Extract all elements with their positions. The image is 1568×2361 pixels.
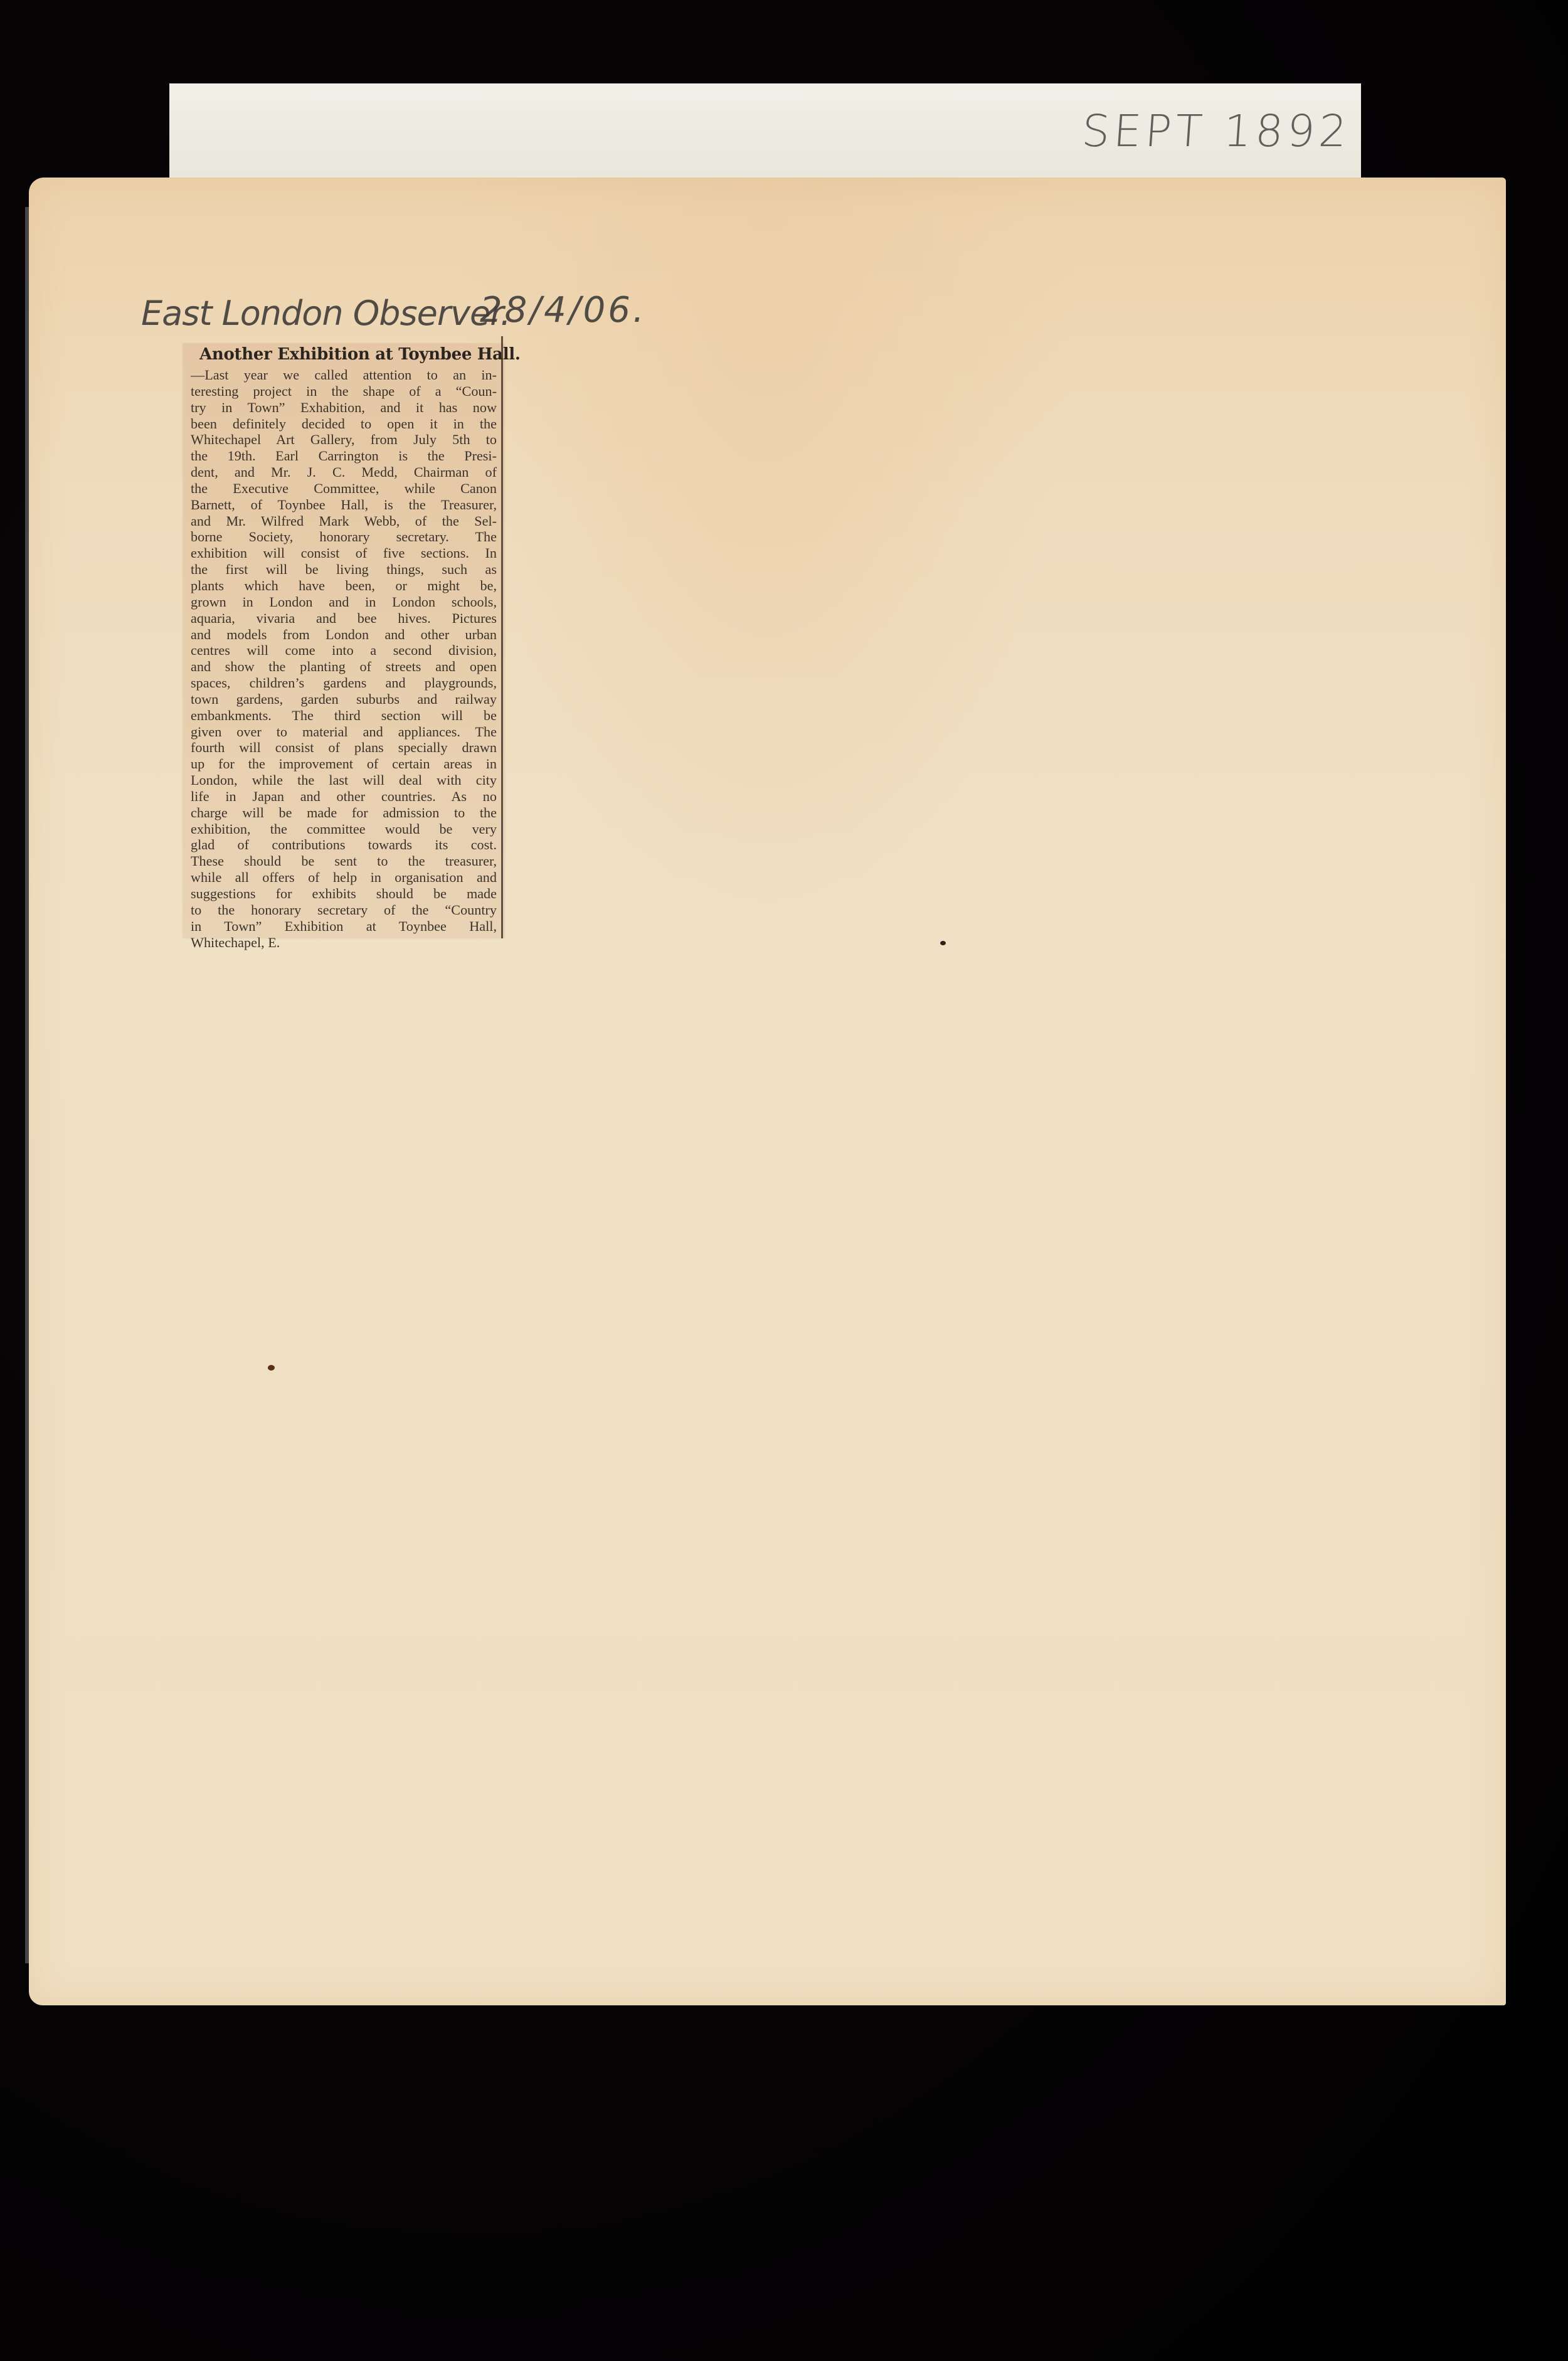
clipping-line: grown in London and in London schools, [184, 594, 499, 610]
clipping-line: These should be sent to the treasurer, [184, 853, 499, 869]
clipping-line: try in Town” Exhabition, and it has now [184, 400, 499, 416]
clipping-line: the first will be living things, such as [184, 561, 499, 578]
clipping-line: fourth will consist of plans specially d… [184, 740, 499, 756]
clipping-line: exhibition will consist of five sections… [184, 545, 499, 561]
clipping-line: charge will be made for admission to the [184, 805, 499, 821]
clipping-line: embankments. The third section will be [184, 708, 499, 724]
clipping-line: suggestions for exhibits should be made [184, 886, 499, 902]
clipping-line: while all offers of help in organisation… [184, 869, 499, 886]
column-rule [501, 336, 503, 938]
clipping-line: —Last year we called attention to an in- [184, 367, 499, 383]
clipping-line: in Town” Exhibition at Toynbee Hall, [184, 918, 499, 935]
clipping-line: centres will come into a second division… [184, 642, 499, 659]
clipping-line: Whitechapel, E. [184, 935, 499, 951]
clipping-line: dent, and Mr. J. C. Medd, Chairman of [184, 464, 499, 480]
clipping-line: glad of contributions towards its cost. [184, 837, 499, 853]
handwritten-source: East London Observer. [141, 294, 511, 333]
clipping-line: Whitechapel Art Gallery, from July 5th t… [184, 432, 499, 448]
clipping-line: and Mr. Wilfred Mark Webb, of the Sel- [184, 513, 499, 529]
clipping-line: been definitely decided to open it in th… [184, 416, 499, 432]
clipping-line: London, while the last will deal with ci… [184, 772, 499, 788]
handwritten-source-date: 28/4/06. [480, 290, 647, 331]
clipping-heading: Another Exhibition at Toynbee Hall. [199, 345, 501, 364]
clipping-line: teresting project in the shape of a “Cou… [184, 383, 499, 400]
clipping-line: aquaria, vivaria and bee hives. Pictures [184, 610, 499, 627]
clipping-line: spaces, children’s gardens and playgroun… [184, 675, 499, 691]
clipping-line: exhibition, the committee would be very [184, 821, 499, 837]
clipping-line: life in Japan and other countries. As no [184, 788, 499, 805]
clipping-line: up for the improvement of certain areas … [184, 756, 499, 772]
clipping-line: and show the planting of streets and ope… [184, 659, 499, 675]
clipping-line: Barnett, of Toynbee Hall, is the Treasur… [184, 497, 499, 513]
clipping-line: the 19th. Earl Carrington is the Presi- [184, 448, 499, 464]
clipping-line: the Executive Committee, while Canon [184, 480, 499, 497]
clipping-line: town gardens, garden suburbs and railway [184, 691, 499, 708]
clipping-line: borne Society, honorary secretary. The [184, 529, 499, 545]
foxing-spot [268, 1365, 275, 1371]
label-handwritten-date: SEPT 1892 [1080, 105, 1352, 157]
clipping-line: given over to material and appliances. T… [184, 724, 499, 740]
foxing-spot [940, 941, 946, 945]
clipping-line: plants which have been, or might be, [184, 578, 499, 594]
clipping-line: to the honorary secretary of the “Countr… [184, 902, 499, 918]
clipping-line: and models from London and other urban [184, 627, 499, 643]
clipping-body: —Last year we called attention to an in-… [184, 367, 499, 950]
